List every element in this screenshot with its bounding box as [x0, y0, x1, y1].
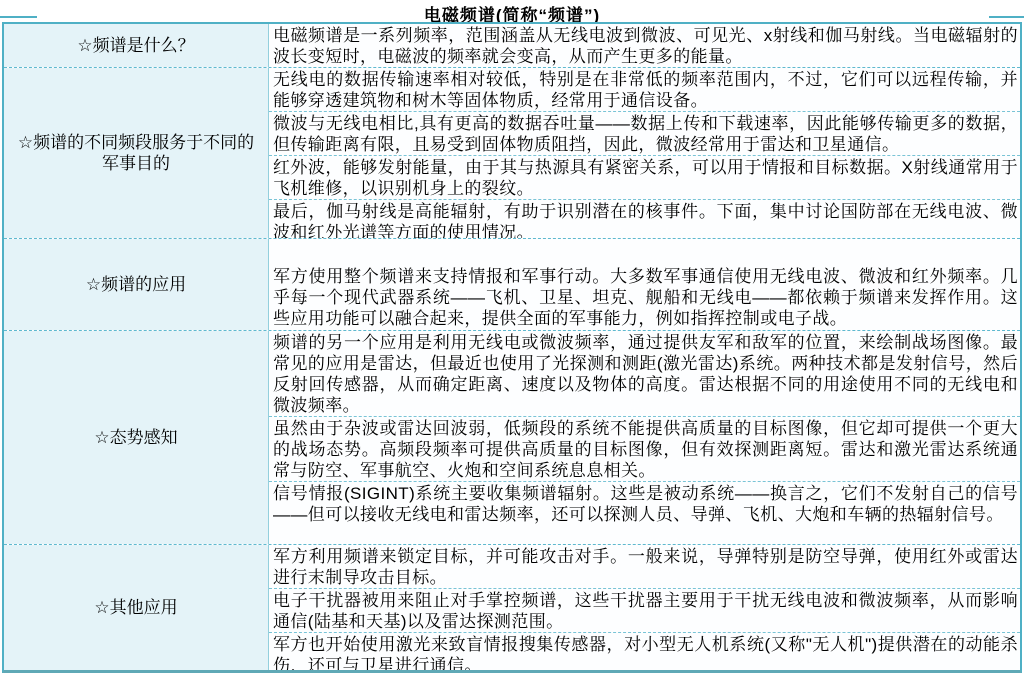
table-row-what-is-spectrum: ☆频谱是什么？ 电磁频谱是一系列频率，范围涵盖从无线电波到微波、可见光、x射线和… — [4, 24, 1020, 68]
paragraph: 军方使用整个频谱来支持情报和军事行动。大多数军事通信使用无线电波、微波和红外频率… — [269, 239, 1020, 329]
paragraph: 微波与无线电相比,具有更高的数据吞吐量——数据上传和下载速率，因此能够传输更多的… — [269, 112, 1020, 156]
paragraph: 军方利用频谱来锁定目标，并可能攻击对手。一般来说，导弹特别是防空导弹，使用红外或… — [269, 545, 1020, 589]
paragraph: 频谱的另一个应用是利用无线电或微波频率，通过提供友军和敌军的位置，来绘制战场图像… — [269, 331, 1020, 417]
table-row-spectrum-applications: ☆频谱的应用 军方使用整个频谱来支持情报和军事行动。大多数军事通信使用无线电波、… — [4, 239, 1020, 331]
row-content: 频谱的另一个应用是利用无线电或微波频率，通过提供友军和敌军的位置，来绘制战场图像… — [269, 331, 1020, 544]
paragraph: 电子干扰器被用来阻止对手掌控频谱，这些干扰器主要用于干扰无线电波和微波频率，从而… — [269, 589, 1020, 633]
paragraph: 信号情报(SIGINT)系统主要收集频谱辐射。这些是被动系统——换言之，它们不发… — [269, 482, 1020, 525]
paragraph: 最后，伽马射线是高能辐射，有助于识别潜在的核事件。下面，集中讨论国防部在无线电波… — [269, 200, 1020, 238]
paragraph: 红外波，能够发射能量，由于其与热源具有紧密关系，可以用于情报和目标数据。X射线通… — [269, 156, 1020, 200]
table-row-situational-awareness: ☆态势感知 频谱的另一个应用是利用无线电或微波频率，通过提供友军和敌军的位置，来… — [4, 331, 1020, 545]
top-left-border-dash — [0, 16, 37, 18]
row-label: ☆频谱是什么？ — [4, 24, 269, 67]
paragraph: 军方也开始使用激光来致盲情报搜集传感器，对小型无人机系统(又称"无人机")提供潜… — [269, 633, 1020, 670]
top-right-border-dash — [989, 16, 1024, 18]
row-label: ☆其他应用 — [4, 545, 269, 670]
row-content: 军方利用频谱来锁定目标，并可能攻击对手。一般来说，导弹特别是防空导弹，使用红外或… — [269, 545, 1020, 670]
row-label: ☆态势感知 — [4, 331, 269, 544]
paragraph: 虽然由于杂波或雷达回波弱，低频段的系统不能提供高质量的目标图像，但它却可提供一个… — [269, 417, 1020, 482]
table-row-other-applications: ☆其他应用 军方利用频谱来锁定目标，并可能攻击对手。一般来说，导弹特别是防空导弹… — [4, 545, 1020, 670]
table-row-frequency-bands-military-purposes: ☆频谱的不同频段服务于不同的军事目的 无线电的数据传输速率相对较低，特别是在非常… — [4, 68, 1020, 239]
paragraph: 电磁频谱是一系列频率，范围涵盖从无线电波到微波、可见光、x射线和伽马射线。当电磁… — [269, 24, 1020, 67]
document-page: 电磁频谱(简称“频谱”) ☆频谱是什么？ 电磁频谱是一系列频率，范围涵盖从无线电… — [0, 0, 1024, 676]
row-label: ☆频谱的应用 — [4, 239, 269, 330]
spectrum-table: ☆频谱是什么？ 电磁频谱是一系列频率，范围涵盖从无线电波到微波、可见光、x射线和… — [2, 22, 1022, 673]
row-content: 电磁频谱是一系列频率，范围涵盖从无线电波到微波、可见光、x射线和伽马射线。当电磁… — [269, 24, 1020, 67]
row-content: 无线电的数据传输速率相对较低，特别是在非常低的频率范围内，不过，它们可以远程传输… — [269, 68, 1020, 238]
paragraph: 无线电的数据传输速率相对较低，特别是在非常低的频率范围内，不过，它们可以远程传输… — [269, 68, 1020, 112]
row-content: 军方使用整个频谱来支持情报和军事行动。大多数军事通信使用无线电波、微波和红外频率… — [269, 239, 1020, 330]
row-label: ☆频谱的不同频段服务于不同的军事目的 — [4, 68, 269, 238]
